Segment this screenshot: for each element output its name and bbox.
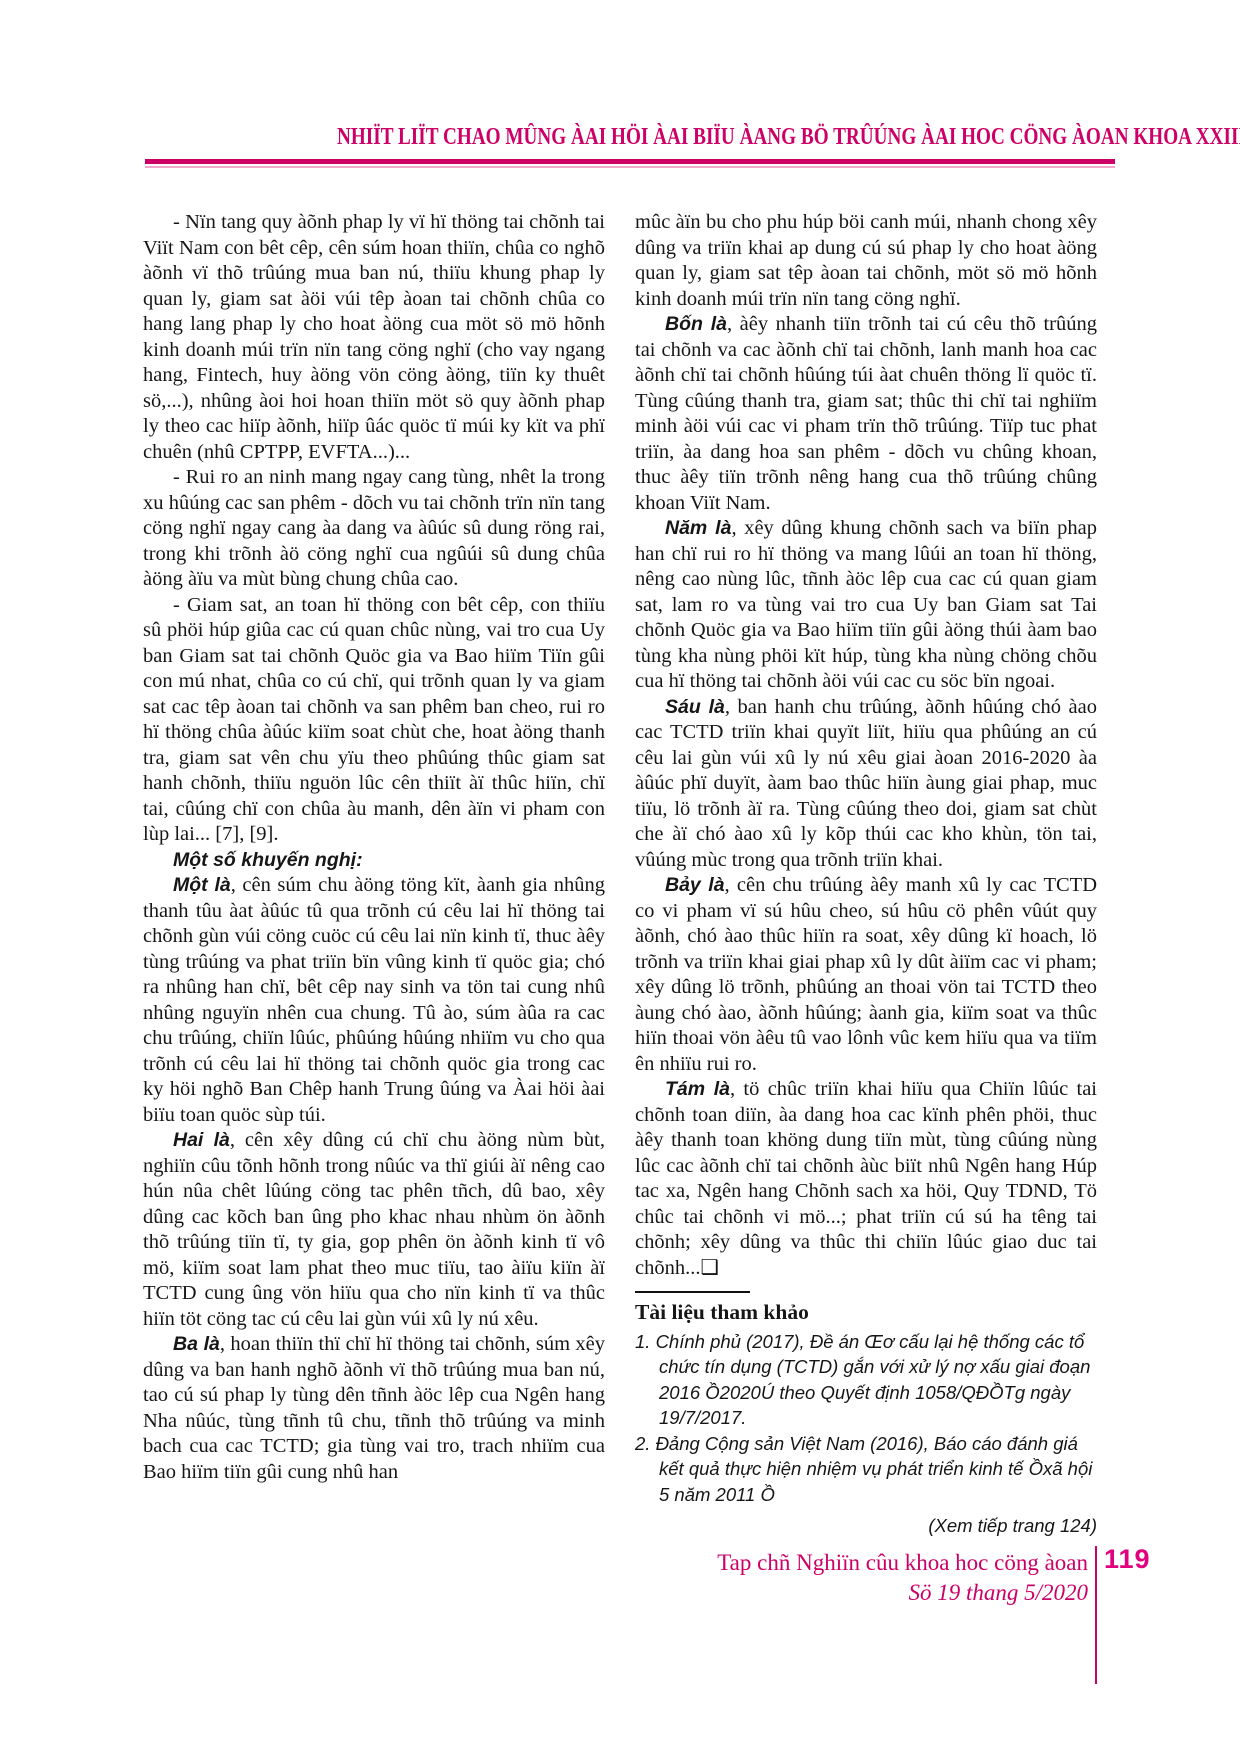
continuation-note: (Xem tiếp trang 124): [635, 1513, 1097, 1539]
paragraph: Bốn là, àêy nhanh tiïn trõnh tai cú cêu …: [635, 312, 1097, 516]
paragraph-lead: Năm là: [665, 517, 731, 539]
journal-page: NHIÏT LIÏT CHAO MÛNG ÀAI HÖI ÀAI BIÏU ÀA…: [0, 0, 1240, 1753]
column-left: - Nïn tang quy àõnh phap ly vï hï thöng …: [143, 210, 605, 1539]
reference-item: 2. Đảng Cộng sản Việt Nam (2016), Báo cá…: [635, 1431, 1097, 1508]
header-banner-text: NHIÏT LIÏT CHAO MÛNG ÀAI HÖI ÀAI BIÏU ÀA…: [337, 124, 1105, 151]
footer-divider: [1095, 1546, 1097, 1684]
header-rule-thick: [145, 159, 1115, 164]
paragraph: - Rui ro an ninh mang ngay cang tùng, nh…: [143, 465, 605, 593]
page-footer: Tap chñ Nghiïn cûu khoa hoc cöng àoan Sö…: [400, 1548, 1088, 1608]
paragraph-lead: Một là: [173, 874, 231, 896]
journal-title: Tap chñ Nghiïn cûu khoa hoc cöng àoan: [400, 1548, 1088, 1578]
paragraph: Ba là, hoan thiïn thï chï hï thöng tai c…: [143, 1332, 605, 1485]
references-heading: Tài liệu tham khảo: [635, 1300, 1097, 1326]
page-number: 119: [1104, 1544, 1151, 1575]
paragraph: - Nïn tang quy àõnh phap ly vï hï thöng …: [143, 210, 605, 465]
paragraph: Năm là, xêy dûng khung chõnh sach va biï…: [635, 516, 1097, 695]
paragraph: - Giam sat, an toan hï thöng con bêt cêp…: [143, 593, 605, 848]
reference-item: 1. Chính phủ (2017), Đề án Œơ cấu lại hệ…: [635, 1329, 1097, 1431]
references-divider: [635, 1291, 750, 1293]
paragraph-lead: Bốn là: [665, 313, 727, 335]
paragraph-lead: Sáu là: [665, 696, 725, 718]
paragraph-lead: Tám là: [665, 1078, 730, 1100]
paragraph: Tám là, tö chûc triïn khai hiïu qua Chiï…: [635, 1077, 1097, 1281]
paragraph: Bảy là, cên chu trûúng àêy manh xû ly ca…: [635, 873, 1097, 1077]
issue-label: Sö 19 thang 5/2020: [400, 1578, 1088, 1608]
paragraph-lead: Ba là: [173, 1333, 220, 1355]
article-body: - Nïn tang quy àõnh phap ly vï hï thöng …: [143, 210, 1097, 1539]
column-right: mûc àïn bu cho phu húp böi canh múi, nha…: [635, 210, 1097, 1539]
subsection-heading: Một số khuyến nghị:: [143, 848, 605, 874]
paragraph: Một là, cên súm chu àöng töng kït, àanh …: [143, 873, 605, 1128]
paragraph: Hai là, cên xêy dûng cú chï chu àöng nùm…: [143, 1128, 605, 1332]
paragraph: Sáu là, ban hanh chu trûúng, àõnh hûúng …: [635, 695, 1097, 874]
header-rule: [145, 159, 1115, 168]
header-rule-thin: [145, 166, 1115, 168]
paragraph: mûc àïn bu cho phu húp böi canh múi, nha…: [635, 210, 1097, 312]
paragraph-lead: Hai là: [173, 1129, 230, 1151]
paragraph-lead: Bảy là: [665, 874, 725, 896]
references-section: Tài liệu tham khảo1. Chính phủ (2017), Đ…: [635, 1291, 1097, 1539]
